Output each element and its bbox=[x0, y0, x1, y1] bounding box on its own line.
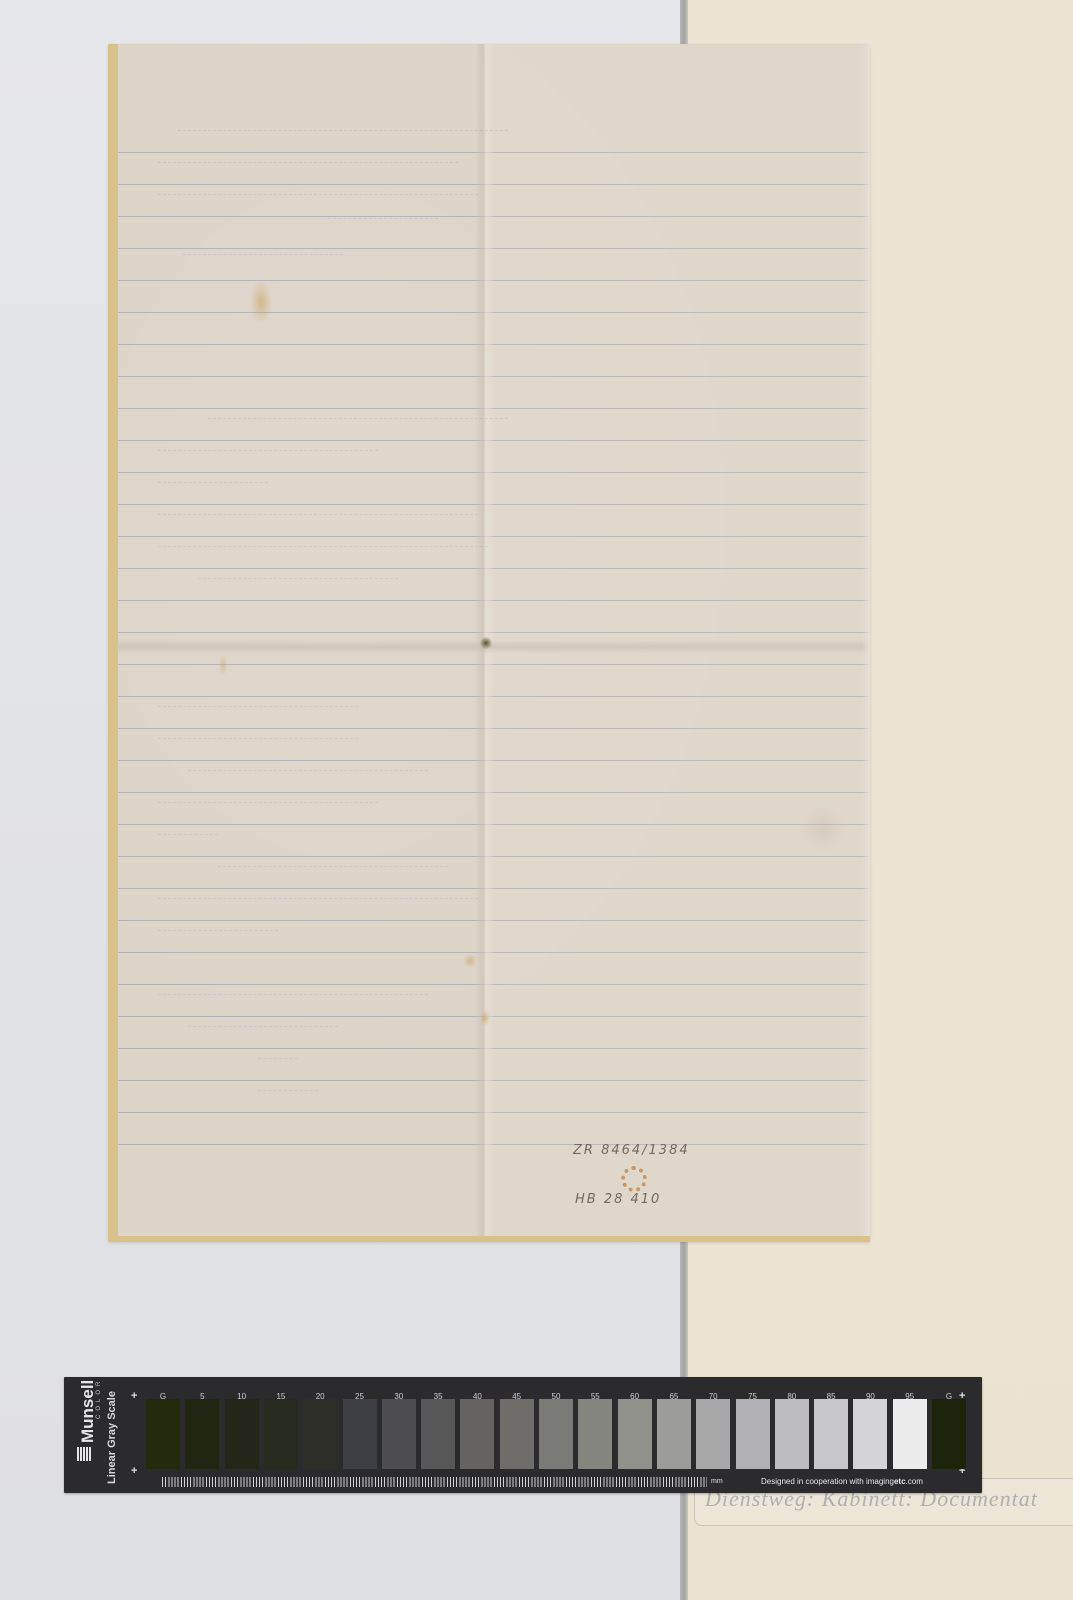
faint-handwriting bbox=[158, 820, 218, 835]
gray-patch bbox=[696, 1399, 730, 1469]
sheet-right-edge bbox=[862, 44, 870, 1236]
faint-handwriting bbox=[158, 500, 478, 515]
gray-patch bbox=[382, 1399, 416, 1469]
brand-name: Munsell bbox=[78, 1380, 98, 1443]
faint-handwriting bbox=[158, 180, 478, 195]
faint-handwriting bbox=[188, 1012, 338, 1027]
credit-suffix: .com bbox=[906, 1477, 923, 1486]
gray-patch bbox=[893, 1399, 927, 1469]
stain bbox=[480, 636, 492, 650]
faint-handwriting bbox=[198, 564, 398, 579]
faint-handwriting bbox=[158, 724, 358, 739]
faint-handwriting bbox=[218, 852, 448, 867]
faint-handwriting bbox=[158, 436, 378, 451]
faint-handwriting bbox=[158, 148, 458, 163]
gray-patch bbox=[618, 1399, 652, 1469]
faint-handwriting bbox=[183, 240, 343, 255]
faint-handwriting bbox=[258, 1076, 318, 1091]
gray-patch bbox=[500, 1399, 534, 1469]
munsell-logo-icon bbox=[77, 1447, 91, 1461]
gray-patch bbox=[264, 1399, 298, 1469]
gray-patch bbox=[225, 1399, 259, 1469]
gray-patch bbox=[657, 1399, 691, 1469]
circular-stamp-icon bbox=[621, 1166, 647, 1192]
faint-handwriting bbox=[188, 756, 428, 771]
gray-patch bbox=[460, 1399, 494, 1469]
gray-patch bbox=[736, 1399, 770, 1469]
gray-patch bbox=[932, 1399, 966, 1469]
brand-sub: COLOR bbox=[96, 1378, 102, 1419]
credit-bold: etc bbox=[894, 1477, 906, 1486]
gray-patch bbox=[775, 1399, 809, 1469]
registration-plus-icon: + bbox=[131, 1390, 137, 1402]
faint-handwriting bbox=[178, 116, 508, 131]
faint-handwriting bbox=[158, 788, 378, 803]
faint-handwriting bbox=[328, 204, 438, 219]
faint-handwriting bbox=[158, 468, 268, 483]
archive-number: ZR 8464/1384 bbox=[573, 1143, 690, 1158]
munsell-gray-scale-card: Munsell COLOR Linear Gray Scale + + + + … bbox=[64, 1377, 982, 1493]
stain bbox=[218, 654, 228, 676]
gray-patch bbox=[814, 1399, 848, 1469]
stain bbox=[463, 954, 477, 968]
faint-handwriting bbox=[258, 1044, 298, 1059]
scale-title: Linear Gray Scale bbox=[106, 1391, 118, 1484]
gray-patch bbox=[343, 1399, 377, 1469]
gray-patch bbox=[185, 1399, 219, 1469]
credit-text: Designed in cooperation with imagingetc.… bbox=[761, 1477, 923, 1486]
gray-patch bbox=[539, 1399, 573, 1469]
faint-handwriting bbox=[158, 692, 358, 707]
credit-prefix: Designed in cooperation with imaging bbox=[761, 1477, 894, 1486]
faint-handwriting bbox=[158, 532, 488, 547]
gray-patch bbox=[578, 1399, 612, 1469]
faint-handwriting bbox=[158, 884, 478, 899]
gray-patch bbox=[146, 1399, 180, 1469]
mm-ruler bbox=[162, 1477, 707, 1487]
faint-handwriting bbox=[158, 916, 278, 931]
letter-sheet bbox=[118, 44, 870, 1236]
ruler-unit: mm bbox=[711, 1478, 723, 1485]
horizontal-fold bbox=[118, 640, 870, 654]
gray-patch bbox=[303, 1399, 337, 1469]
stain bbox=[798, 804, 848, 854]
gray-patch bbox=[853, 1399, 887, 1469]
stain bbox=[250, 280, 272, 324]
registration-plus-icon: + bbox=[131, 1465, 137, 1477]
faint-handwriting bbox=[158, 980, 428, 995]
gray-patch bbox=[421, 1399, 455, 1469]
stain bbox=[480, 1010, 490, 1026]
faint-handwriting bbox=[208, 404, 508, 419]
archive-shelfmark: HB 28 410 bbox=[575, 1192, 661, 1207]
